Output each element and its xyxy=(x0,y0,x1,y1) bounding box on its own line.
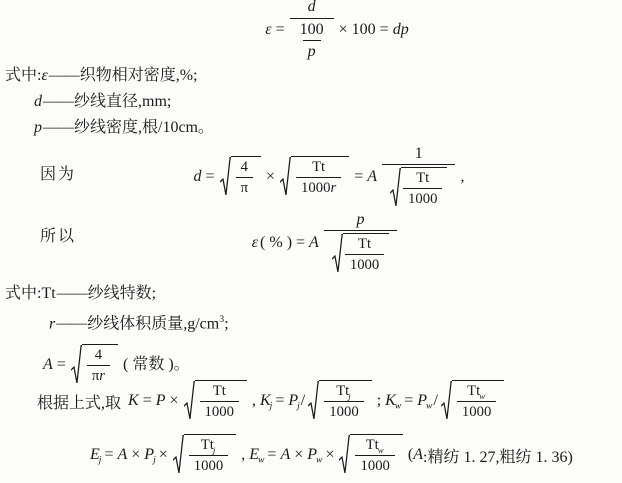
radical-icon xyxy=(332,233,343,275)
var-A: A xyxy=(367,168,377,186)
def-epsilon-text: 织物相对密度,%; xyxy=(80,67,198,84)
var-epsilon: ε xyxy=(41,67,47,84)
equals-sign: = xyxy=(296,234,305,252)
num-100-factor: 100 xyxy=(352,21,376,39)
fraction-1-over-sqrt: 1 Tt1000 xyxy=(382,145,455,209)
def-tt-text: 纱线特数; xyxy=(88,285,156,302)
fraction-100-over-p: 100 p xyxy=(295,21,329,62)
def-p: p——纱线密度,根/10cm。 xyxy=(34,115,214,141)
subscript-w: w xyxy=(395,401,401,411)
equals-sign: = xyxy=(143,392,152,410)
radical-icon xyxy=(220,156,231,198)
times-sign: × xyxy=(294,446,303,464)
em-dash: —— xyxy=(43,93,73,110)
sqrt-4-over-pi: 4π xyxy=(220,156,261,198)
num-1000: 1000 xyxy=(457,401,496,421)
fraction-d-over-100p: d 100 p xyxy=(290,0,334,62)
num-1000: 1000 xyxy=(324,401,363,421)
times-sign: × xyxy=(159,446,168,464)
radical-icon xyxy=(173,434,184,476)
var-p: p xyxy=(352,211,370,230)
var-d: d xyxy=(34,93,42,110)
subscript-w: w xyxy=(378,446,384,455)
subscript-j: j xyxy=(348,392,350,401)
scanned-textbook-page: ε = d 100 p × 100 = dp 式中:ε——织物相对密度,%; d… xyxy=(0,0,622,483)
num-1000: 1000 xyxy=(403,188,442,208)
equals-sign: = xyxy=(57,352,66,378)
num-100: 100 xyxy=(295,21,329,40)
em-dash: —— xyxy=(43,119,73,136)
constants-note: :精纺 1. 27,粗纺 1. 36) xyxy=(423,444,573,467)
times-sign: × xyxy=(266,168,275,186)
radical-icon xyxy=(390,167,401,209)
sqrt-ttw-over-1000: Ttw1000 xyxy=(441,380,504,422)
where-prefix: 式中: xyxy=(5,67,41,84)
em-dash: —— xyxy=(49,67,79,84)
formula-e-values: Ej = A × Pj × Ttj1000 , Ew = A × Pw × Tt… xyxy=(0,430,622,480)
var-A: A xyxy=(43,352,53,378)
subscript-w: w xyxy=(479,392,485,401)
equals-sign: = xyxy=(104,446,113,464)
definitions-block-1: 式中:ε——织物相对密度,%; d——纱线直径,mm; p——纱线密度,根/10… xyxy=(5,63,214,141)
sqrt-tt-over-1000: Tt1000 xyxy=(390,167,447,209)
comma: , xyxy=(241,446,245,464)
var-p: p xyxy=(34,119,42,136)
var-epsilon: ε xyxy=(265,21,271,39)
den-pi: π xyxy=(236,177,253,197)
equals-sign: = xyxy=(404,392,413,410)
comma: , xyxy=(252,392,256,410)
def-tt: 式中:Tt——纱线特数; xyxy=(5,281,229,307)
def-p-text: 纱线密度,根/10cm。 xyxy=(74,119,214,136)
var-P: P xyxy=(156,392,166,410)
subscript-j: j xyxy=(270,401,273,411)
formula-diameter: d = 4π × Tt1000r = A 1 Tt1000 , xyxy=(0,142,622,212)
equals-sign: = xyxy=(354,168,363,186)
radical-icon xyxy=(184,380,195,422)
def-r-tail: ; xyxy=(224,315,228,332)
num-1000: 1000 xyxy=(301,180,330,197)
num-4: 4 xyxy=(90,347,107,365)
var-K: K xyxy=(128,392,139,410)
sqrt-ttw-over-1000: Ttw1000 xyxy=(339,434,402,476)
num-tt: Tt xyxy=(411,170,434,188)
sqrt-tt-over-1000r: Tt1000r xyxy=(280,156,349,198)
formula-k-values: 根据上式,取 K = P × Tt1000 , Kj = Pj / Ttj100… xyxy=(0,376,622,426)
def-r-text: 纱线体积质量,g/cm xyxy=(87,315,219,332)
sqrt-tt-over-1000: Tt1000 xyxy=(184,380,247,422)
num-1000: 1000 xyxy=(189,455,228,475)
var-d: d xyxy=(303,0,321,18)
constant-note: ( 常数 )。 xyxy=(123,352,190,378)
subscript-w: w xyxy=(426,401,432,411)
subscript-w: w xyxy=(316,455,322,465)
percent-parens: ( % ) xyxy=(260,234,292,252)
radical-icon xyxy=(339,434,350,476)
var-epsilon: ε xyxy=(252,234,258,252)
num-tt: Tt xyxy=(208,383,231,401)
var-A: A xyxy=(413,446,423,464)
num-tt: Tt xyxy=(307,159,330,177)
equals-sign: = xyxy=(267,446,276,464)
subscript-j: j xyxy=(99,455,102,465)
num-1000: 1000 xyxy=(355,455,394,475)
where-prefix-tt: 式中:Tt xyxy=(5,285,56,302)
num-1000: 1000 xyxy=(200,401,239,421)
radical-icon xyxy=(441,380,452,422)
subscript-j: j xyxy=(297,401,300,411)
num-1: 1 xyxy=(410,145,428,164)
radical-icon xyxy=(308,380,319,422)
def-epsilon: 式中:ε——织物相对密度,%; xyxy=(5,63,214,89)
subscript-w: w xyxy=(258,455,264,465)
var-r: r xyxy=(330,180,336,197)
radical-icon xyxy=(280,156,291,198)
slash: / xyxy=(433,392,437,410)
subscript-j: j xyxy=(213,446,215,455)
em-dash: —— xyxy=(56,315,86,332)
fraction-p-over-sqrt: p Tt1000 xyxy=(324,211,397,275)
times-sign: × xyxy=(339,21,348,39)
equals-sign: = xyxy=(380,21,389,39)
num-tt: Tt xyxy=(353,236,376,254)
times-sign: × xyxy=(325,446,334,464)
times-sign: × xyxy=(131,446,140,464)
var-d: d xyxy=(194,168,202,186)
equals-sign: = xyxy=(276,21,285,39)
sqrt-ttj-over-1000: Ttj1000 xyxy=(308,380,371,422)
subscript-j: j xyxy=(153,455,156,465)
num-4: 4 xyxy=(236,159,253,177)
def-d: d——纱线直径,mm; xyxy=(34,89,214,115)
var-p: p xyxy=(303,40,321,61)
var-dp: dp xyxy=(393,21,409,39)
definitions-block-2: 式中:Tt——纱线特数; r——纱线体积质量,g/cm3; A = 4πr ( … xyxy=(5,281,229,386)
slash: / xyxy=(301,392,305,410)
var-r: r xyxy=(49,315,55,332)
def-r: r——纱线体积质量,g/cm3; xyxy=(49,307,229,337)
sqrt-ttj-over-1000: Ttj1000 xyxy=(173,434,236,476)
sqrt-tt-over-1000: Tt1000 xyxy=(332,233,389,275)
formula-relative-density: ε = d 100 p × 100 = dp xyxy=(0,0,622,60)
comma: , xyxy=(460,168,464,186)
semicolon: ; xyxy=(377,392,381,410)
em-dash: —— xyxy=(57,285,87,302)
equals-sign: = xyxy=(206,168,215,186)
num-1000: 1000 xyxy=(345,254,384,274)
times-sign: × xyxy=(170,392,179,410)
var-A: A xyxy=(117,446,127,464)
k-line-prefix: 根据上式,取 xyxy=(37,390,121,413)
var-A: A xyxy=(280,446,290,464)
equals-sign: = xyxy=(275,392,284,410)
var-A: A xyxy=(309,234,319,252)
formula-epsilon-result: ε ( % ) = A p Tt1000 xyxy=(0,212,622,274)
def-d-text: 纱线直径,mm; xyxy=(74,93,171,110)
